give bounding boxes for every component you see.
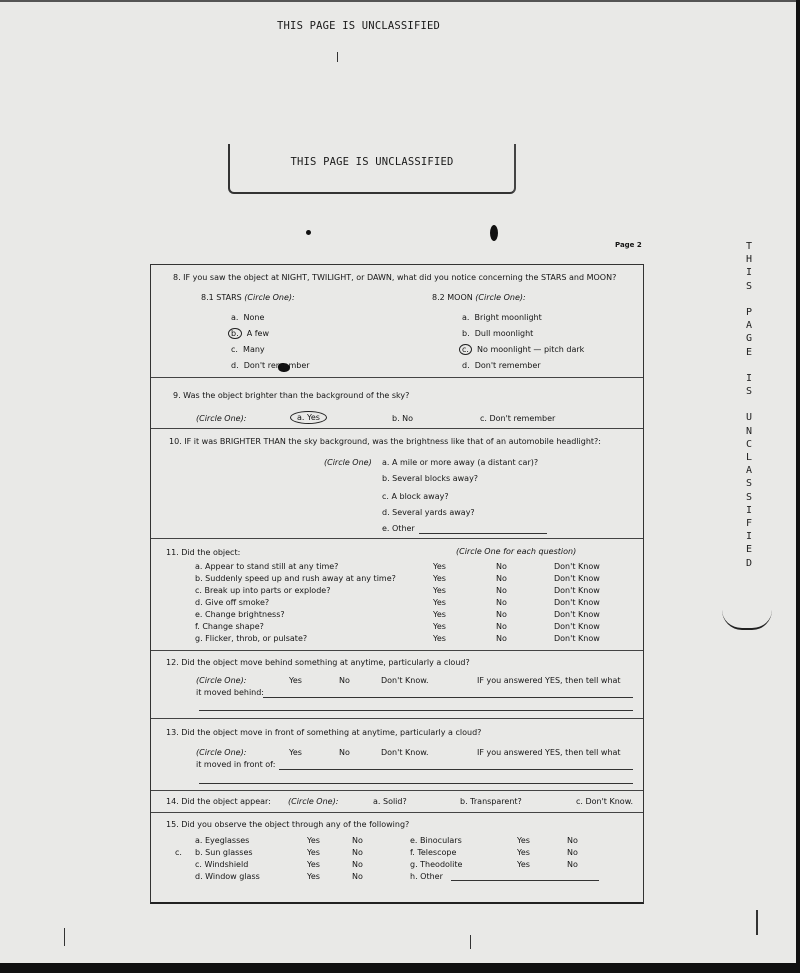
question-14: 14. Did the object appear: (Circle One):… (151, 790, 643, 813)
q14-option-solid[interactable]: a. Solid? (373, 797, 407, 806)
q14-option-dont-know[interactable]: c. Don't Know. (576, 797, 633, 806)
q10-option-c[interactable]: c. A block away? (382, 492, 449, 501)
q11-g-yes[interactable]: Yes (433, 634, 446, 643)
q15-window-glass-label: d. Window glass (195, 872, 260, 881)
q10-other-line[interactable] (419, 533, 547, 534)
question-15-text: 15. Did you observe the object through a… (166, 820, 409, 829)
q15-sunglasses-no[interactable]: No (352, 848, 363, 857)
q15-other-line[interactable] (451, 880, 599, 881)
scan-speck (337, 52, 338, 62)
q9-option-no[interactable]: b. No (392, 414, 413, 423)
question-11: 11. Did the object: (Circle One for each… (151, 538, 643, 651)
q13-answer-line-2[interactable] (199, 783, 633, 784)
q9-option-dont-remember[interactable]: c. Don't remember (480, 414, 555, 423)
question-10: 10. IF it was BRIGHTER THAN the sky back… (151, 428, 643, 539)
q15-binoculars-no[interactable]: No (567, 836, 578, 845)
q15-theodolite-label: g. Theodolite (410, 860, 462, 869)
scan-speck (756, 910, 758, 935)
circled-answer: a. Yes (290, 411, 327, 424)
question-13-instruction: (Circle One): (196, 748, 246, 757)
q14-option-transparent[interactable]: b. Transparent? (460, 797, 522, 806)
question-11-text: 11. Did the object: (166, 548, 240, 557)
circled-answer: b. (228, 328, 242, 339)
classification-stamp-vertical: THISPAGEISUNCLASSIFIED (743, 240, 755, 570)
q15-eyeglasses-no[interactable]: No (352, 836, 363, 845)
stars-option-d[interactable]: d. Don't remember (231, 361, 310, 370)
question-12-instruction: (Circle One): (196, 676, 246, 685)
q12-option-yes[interactable]: Yes (289, 676, 302, 685)
margin-note: c. (175, 848, 182, 857)
question-15: 15. Did you observe the object through a… (151, 812, 643, 902)
q15-binoculars-label: e. Binoculars (410, 836, 462, 845)
question-12: 12. Did the object move behind something… (151, 650, 643, 719)
ink-blot (490, 225, 498, 241)
q11-e-dont-know[interactable]: Don't Know (554, 610, 600, 619)
q11-c-no[interactable]: No (496, 586, 507, 595)
q10-option-b[interactable]: b. Several blocks away? (382, 474, 478, 483)
q12-option-dont-know[interactable]: Don't Know. (381, 676, 429, 685)
q11-e-yes[interactable]: Yes (433, 610, 446, 619)
classification-stamp-top: THIS PAGE IS UNCLASSIFIED (277, 20, 440, 32)
q12-followup: IF you answered YES, then tell what (477, 676, 621, 685)
circled-answer: c. (459, 344, 472, 355)
question-9-instruction: (Circle One): (196, 414, 246, 423)
q11-a-yes[interactable]: Yes (433, 562, 446, 571)
bracket-mark (722, 610, 772, 630)
question-9: 9. Was the object brighter than the back… (151, 377, 643, 429)
q15-window-glass-yes[interactable]: Yes (307, 872, 320, 881)
question-13-text: 13. Did the object move in front of some… (166, 728, 481, 737)
q11-a-dont-know[interactable]: Don't Know (554, 562, 600, 571)
q13-option-yes[interactable]: Yes (289, 748, 302, 757)
q15-binoculars-yes[interactable]: Yes (517, 836, 530, 845)
moon-option-a[interactable]: a. Bright moonlight (462, 313, 542, 322)
scan-edge-top (0, 0, 800, 2)
stars-label: 8.1 STARS (Circle One): (201, 293, 295, 302)
q12-answer-line-2[interactable] (199, 710, 633, 711)
q11-c-yes[interactable]: Yes (433, 586, 446, 595)
question-8-text: 8. IF you saw the object at NIGHT, TWILI… (173, 273, 616, 282)
question-10-text: 10. IF it was BRIGHTER THAN the sky back… (169, 437, 601, 446)
q15-theodolite-yes[interactable]: Yes (517, 860, 530, 869)
page-number: Page 2 (615, 241, 642, 249)
q11-b-yes[interactable]: Yes (433, 574, 446, 583)
classification-stamp-box: THIS PAGE IS UNCLASSIFIED (228, 144, 516, 194)
q15-theodolite-no[interactable]: No (567, 860, 578, 869)
scan-speck (470, 935, 471, 949)
moon-option-b[interactable]: b. Dull moonlight (462, 329, 533, 338)
q15-windshield-no[interactable]: No (352, 860, 363, 869)
q11-e-no[interactable]: No (496, 610, 507, 619)
q13-followup: IF you answered YES, then tell what (477, 748, 621, 757)
stars-option-c[interactable]: c. Many (231, 345, 265, 354)
q15-telescope-label: f. Telescope (410, 848, 456, 857)
stars-option-b[interactable]: b. A few (231, 329, 269, 338)
q15-sunglasses-label: b. Sun glasses (195, 848, 253, 857)
q13-answer-line-1[interactable] (279, 769, 633, 770)
q11-f-yes[interactable]: Yes (433, 622, 446, 631)
q13-option-dont-know[interactable]: Don't Know. (381, 748, 429, 757)
q11-g-no[interactable]: No (496, 634, 507, 643)
q10-option-d[interactable]: d. Several yards away? (382, 508, 475, 517)
question-8: 8. IF you saw the object at NIGHT, TWILI… (151, 265, 643, 378)
classification-stamp-boxed: THIS PAGE IS UNCLASSIFIED (230, 156, 514, 168)
question-13: 13. Did the object move in front of some… (151, 718, 643, 791)
q11-d-yes[interactable]: Yes (433, 598, 446, 607)
q11-c-dont-know[interactable]: Don't Know (554, 586, 600, 595)
question-10-instruction: (Circle One) (324, 458, 372, 467)
scan-edge-right (796, 0, 800, 973)
q11-b-dont-know[interactable]: Don't Know (554, 574, 600, 583)
question-12-text: 12. Did the object move behind something… (166, 658, 470, 667)
question-9-text: 9. Was the object brighter than the back… (173, 391, 409, 400)
q13-followup-2: it moved in front of: (196, 760, 275, 769)
q11-f-dont-know[interactable]: Don't Know (554, 622, 600, 631)
moon-option-d[interactable]: d. Don't remember (462, 361, 541, 370)
questionnaire-form: 8. IF you saw the object at NIGHT, TWILI… (150, 264, 644, 904)
q15-windshield-yes[interactable]: Yes (307, 860, 320, 869)
scan-speck (64, 928, 65, 946)
q12-answer-line-1[interactable] (263, 697, 633, 698)
moon-label: 8.2 MOON (Circle One): (432, 293, 526, 302)
q13-option-no[interactable]: No (339, 748, 350, 757)
q11-d-dont-know[interactable]: Don't Know (554, 598, 600, 607)
q15-sunglasses-yes[interactable]: Yes (307, 848, 320, 857)
q11-b-no[interactable]: No (496, 574, 507, 583)
ink-dot (306, 230, 311, 235)
q15-other-label: h. Other (410, 872, 443, 881)
scan-edge-bottom (0, 963, 800, 973)
q11-g-dont-know[interactable]: Don't Know (554, 634, 600, 643)
q15-eyeglasses-yes[interactable]: Yes (307, 836, 320, 845)
q11-d-no[interactable]: No (496, 598, 507, 607)
moon-option-c[interactable]: c. No moonlight — pitch dark (462, 345, 584, 354)
q12-followup-2: it moved behind: (196, 688, 264, 697)
q9-option-yes[interactable]: a. Yes (296, 413, 327, 422)
question-14-text: 14. Did the object appear: (166, 797, 271, 806)
q12-option-no[interactable]: No (339, 676, 350, 685)
q15-eyeglasses-label: a. Eyeglasses (195, 836, 249, 845)
q10-option-e[interactable]: e. Other (382, 524, 415, 533)
q15-window-glass-no[interactable]: No (352, 872, 363, 881)
question-11-instruction: (Circle One for each question) (456, 547, 576, 556)
q11-a-no[interactable]: No (496, 562, 507, 571)
question-14-instruction: (Circle One): (288, 797, 338, 806)
q15-telescope-no[interactable]: No (567, 848, 578, 857)
q10-option-a[interactable]: a. A mile or more away (a distant car)? (382, 458, 538, 467)
q15-telescope-yes[interactable]: Yes (517, 848, 530, 857)
q15-windshield-label: c. Windshield (195, 860, 248, 869)
stars-option-a[interactable]: a. None (231, 313, 264, 322)
q11-f-no[interactable]: No (496, 622, 507, 631)
